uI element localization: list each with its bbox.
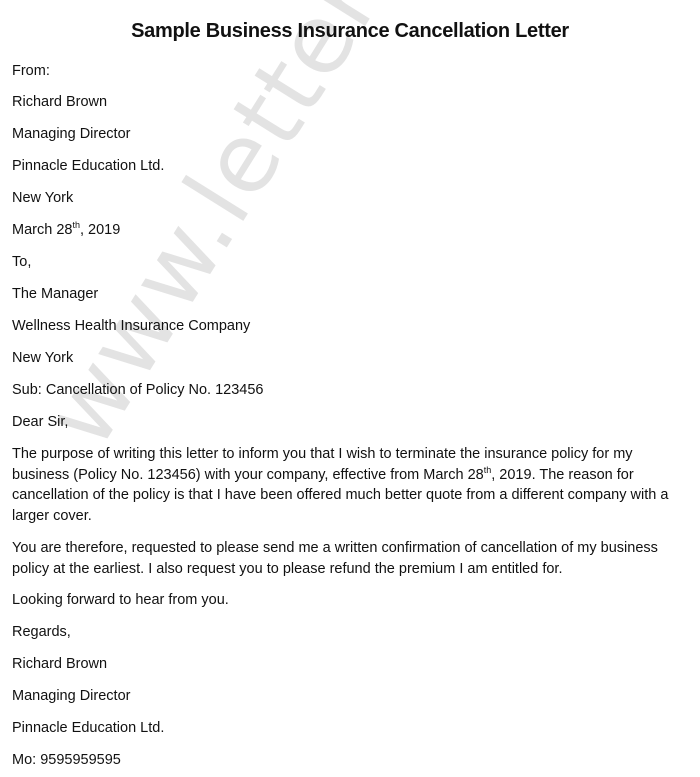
to-label: To, (12, 252, 31, 272)
sender-designation: Managing Director (12, 124, 130, 144)
body-paragraph-3: Looking forward to hear from you. (12, 590, 229, 610)
body-paragraph-1: The purpose of writing this letter to in… (12, 444, 687, 526)
date-suffix: th (72, 220, 80, 230)
body-paragraph-2: You are therefore, requested to please s… (12, 538, 687, 579)
recipient-title: The Manager (12, 284, 98, 304)
date-month: March 28 (12, 222, 72, 238)
signature-name: Richard Brown (12, 654, 107, 674)
signature-organization: Pinnacle Education Ltd. (12, 718, 164, 738)
date-year: , 2019 (80, 222, 120, 238)
signature-designation: Managing Director (12, 686, 130, 706)
recipient-company: Wellness Health Insurance Company (12, 316, 250, 336)
signature-phone: Mo: 9595959595 (12, 750, 121, 770)
recipient-city: New York (12, 348, 73, 368)
sender-organization: Pinnacle Education Ltd. (12, 156, 164, 176)
sender-city: New York (12, 188, 73, 208)
letter-date: March 28th, 2019 (12, 220, 120, 240)
salutation: Dear Sir, (12, 412, 68, 432)
subject-line: Sub: Cancellation of Policy No. 123456 (12, 380, 264, 400)
closing: Regards, (12, 622, 71, 642)
sender-name: Richard Brown (12, 92, 107, 112)
letter-title: Sample Business Insurance Cancellation L… (0, 20, 700, 43)
from-label: From: (12, 61, 50, 81)
